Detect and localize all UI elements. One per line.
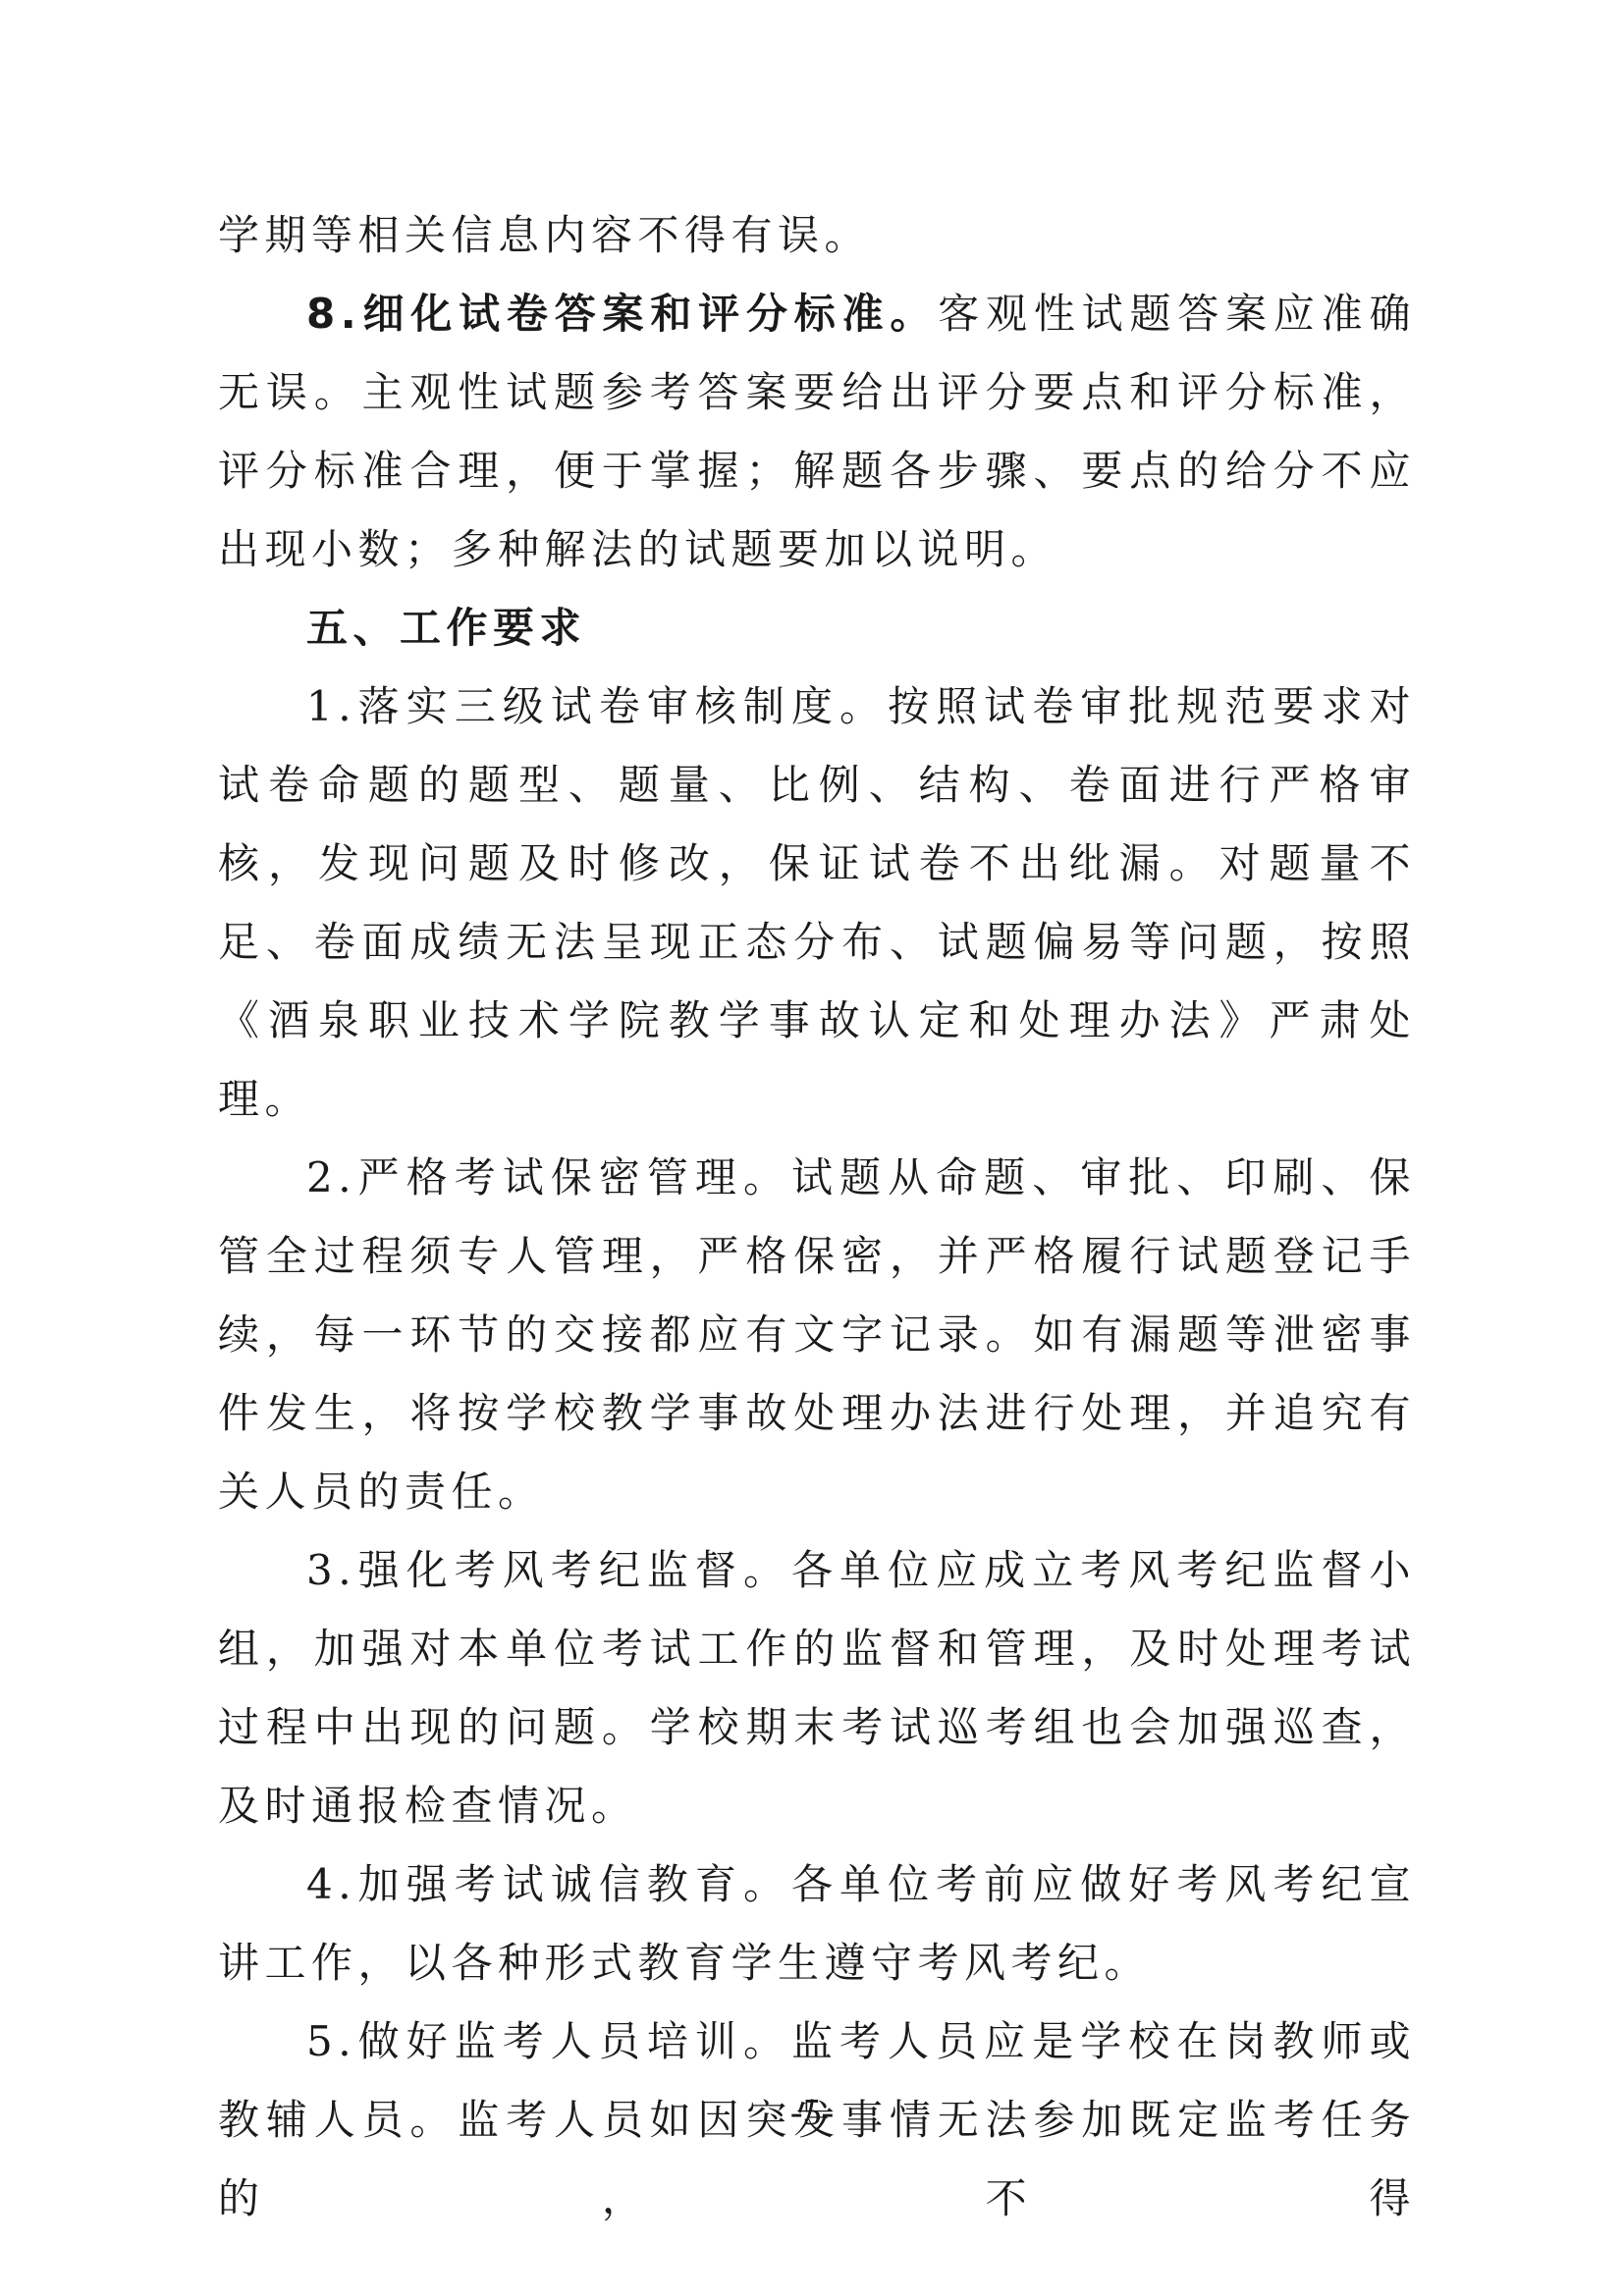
paragraph-text: 学期等相关信息内容不得有误。 [218, 211, 871, 259]
page-number: -5- [0, 2091, 1624, 2134]
paragraph-item-8: 8.细化试卷答案和评分标准。客观性试题答案应准确无误。主观性试题参考答案要给出评… [218, 275, 1416, 589]
requirement-item-3: 3.强化考风考纪监督。各单位应成立考风考纪监督小组，加强对本单位考试工作的监督和… [218, 1531, 1416, 1845]
requirement-item-2: 2.严格考试保密管理。试题从命题、审批、印刷、保管全过程须专人管理，严格保密，并… [218, 1139, 1416, 1531]
section-heading: 五、工作要求 [218, 589, 1416, 667]
item-lead-heading: 8.细化试卷答案和评分标准。 [306, 290, 938, 338]
paragraph-continuation: 学期等相关信息内容不得有误。 [218, 196, 1416, 275]
document-page: 学期等相关信息内容不得有误。 8.细化试卷答案和评分标准。客观性试题答案应准确无… [218, 196, 1416, 2238]
requirement-item-4: 4.加强考试诚信教育。各单位考前应做好考风考纪宣讲工作，以各种形式教育学生遵守考… [218, 1845, 1416, 2002]
requirement-item-1: 1.落实三级试卷审核制度。按照试卷审批规范要求对试卷命题的题型、题量、比例、结构… [218, 667, 1416, 1139]
